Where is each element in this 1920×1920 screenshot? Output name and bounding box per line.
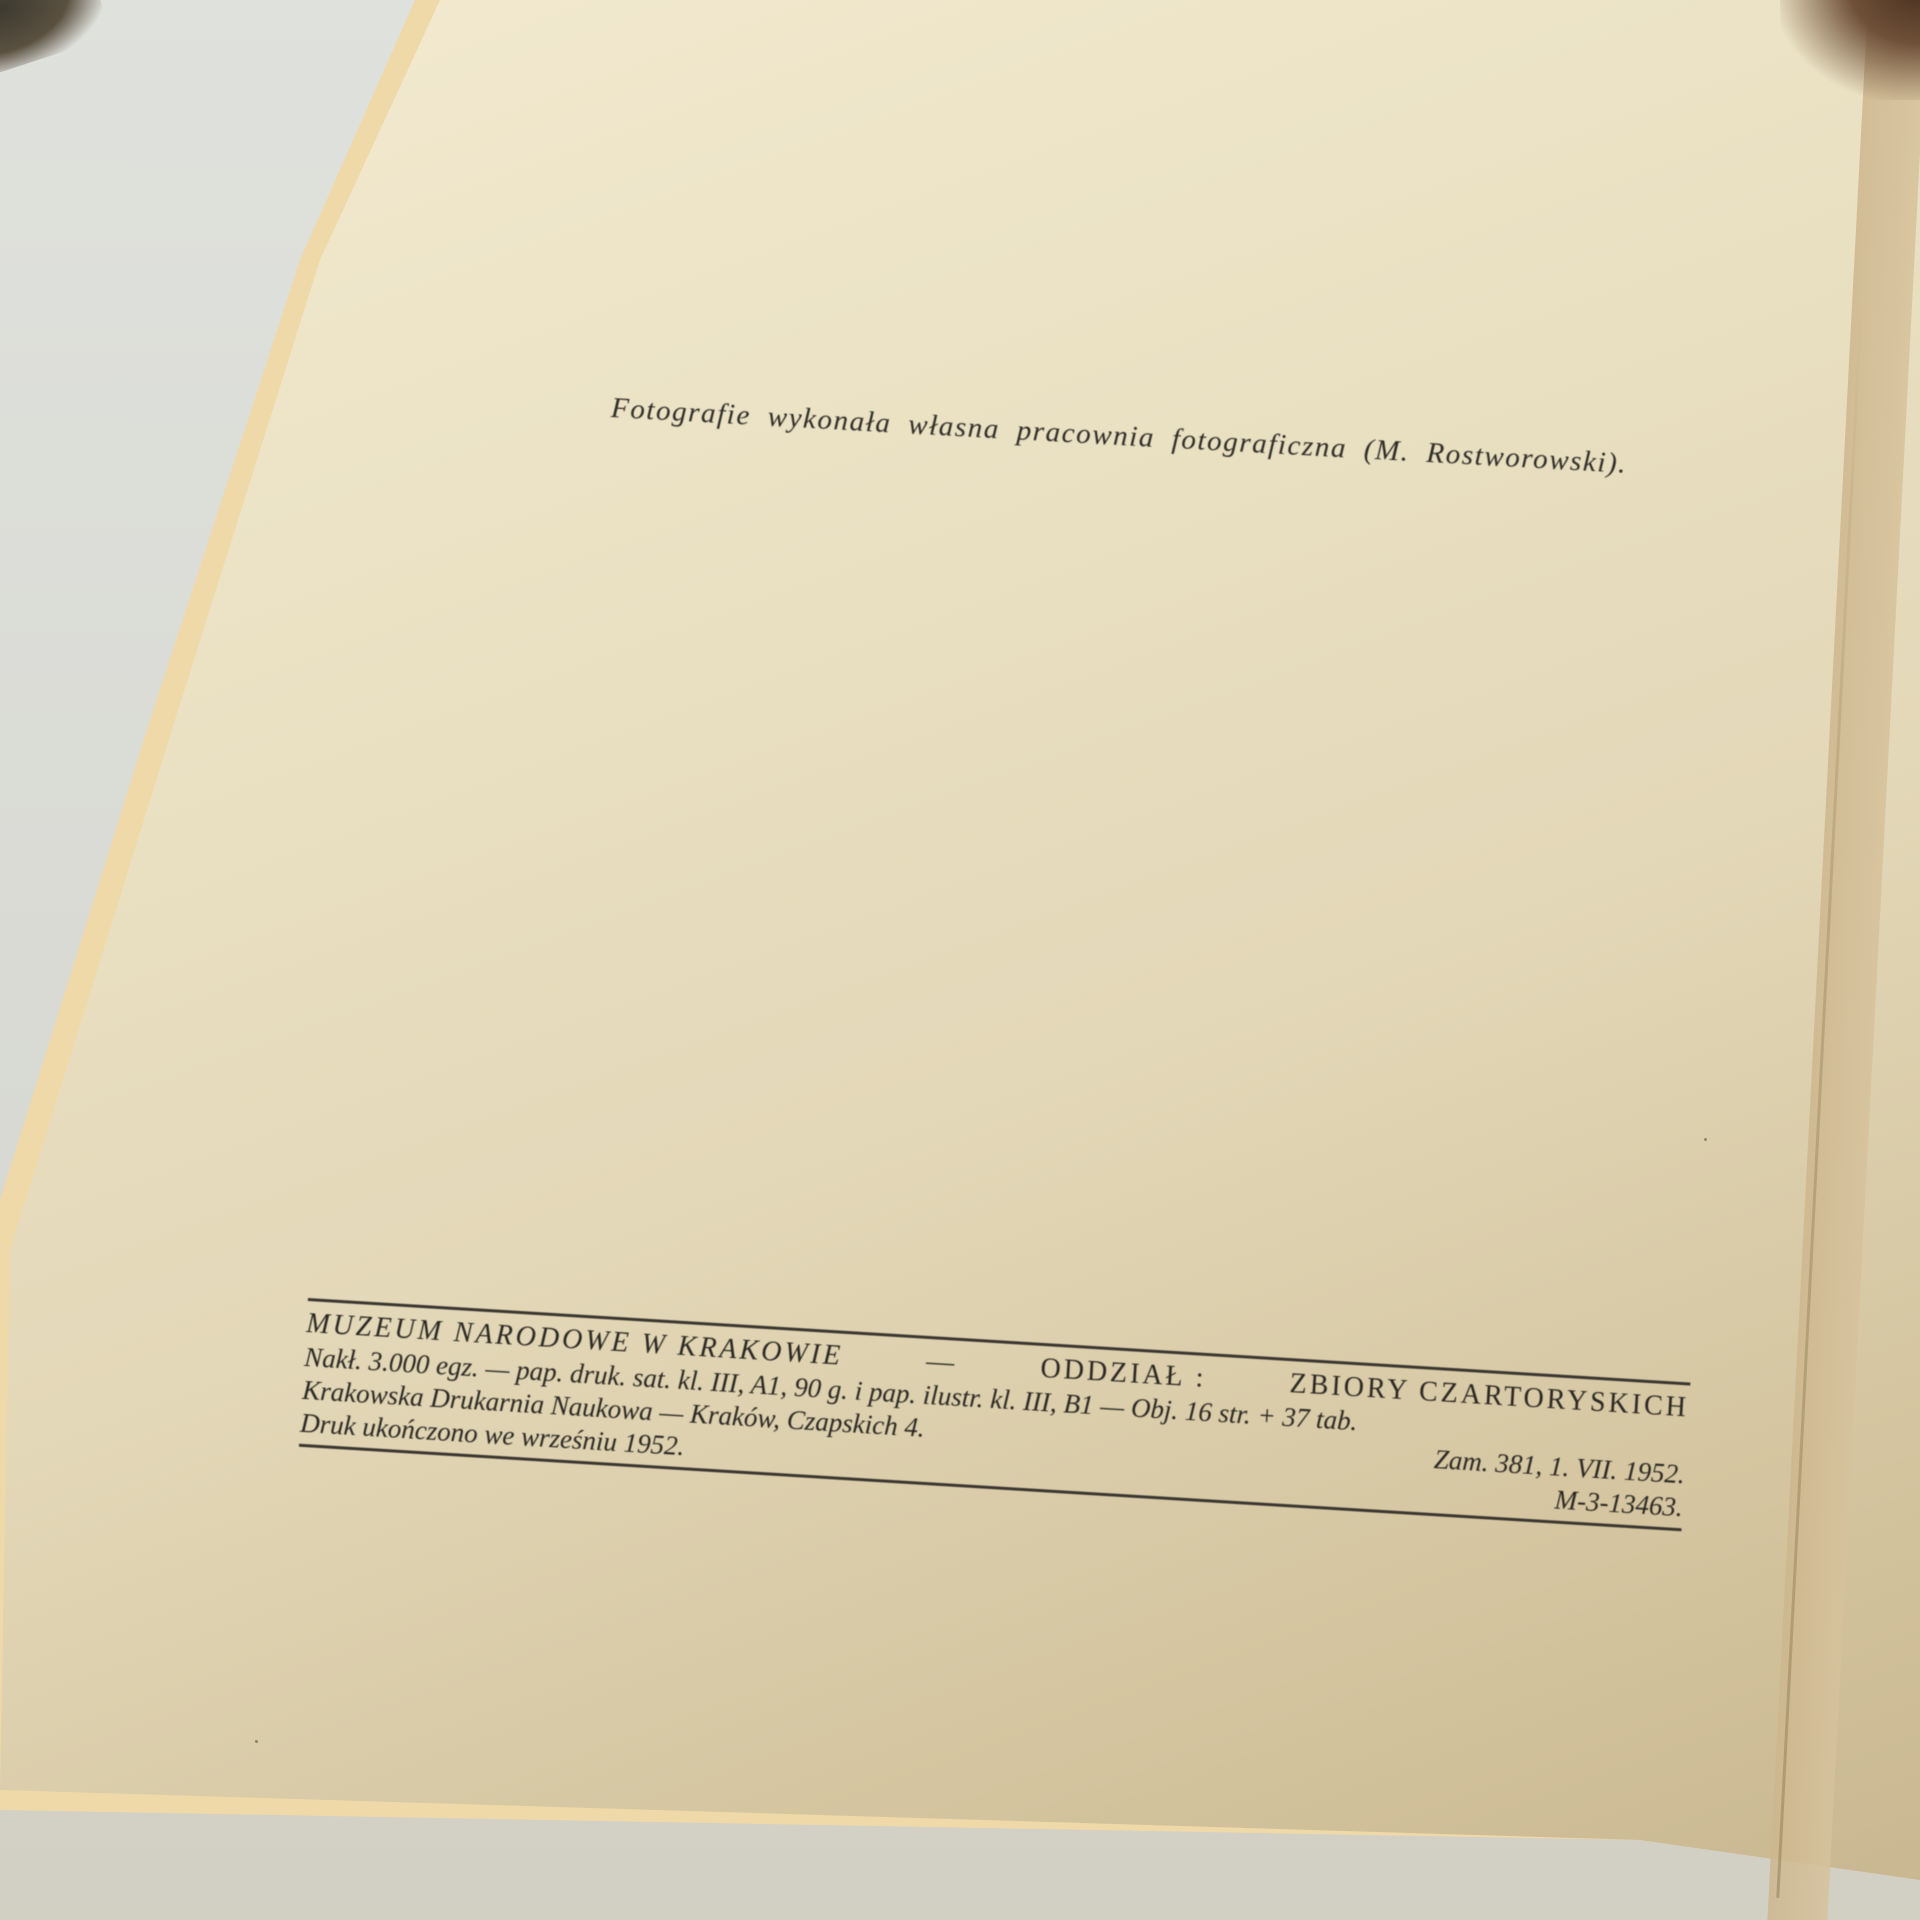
photo-credit: Fotografie wykonała własna pracownia fot… [610, 392, 1628, 481]
colophon-imprint: MUZEUM NARODOWE W KRAKOWIE — ODDZIAŁ : Z… [299, 1298, 1691, 1531]
photo-scene: Fotografie wykonała własna pracownia fot… [0, 0, 1920, 1920]
page-text: Fotografie wykonała własna pracownia fot… [0, 0, 1920, 1920]
dust-speck [1704, 1138, 1707, 1141]
catalog-number: M-3-13463. [1554, 1484, 1684, 1525]
dust-speck [255, 1740, 258, 1743]
dash: — [925, 1345, 958, 1381]
